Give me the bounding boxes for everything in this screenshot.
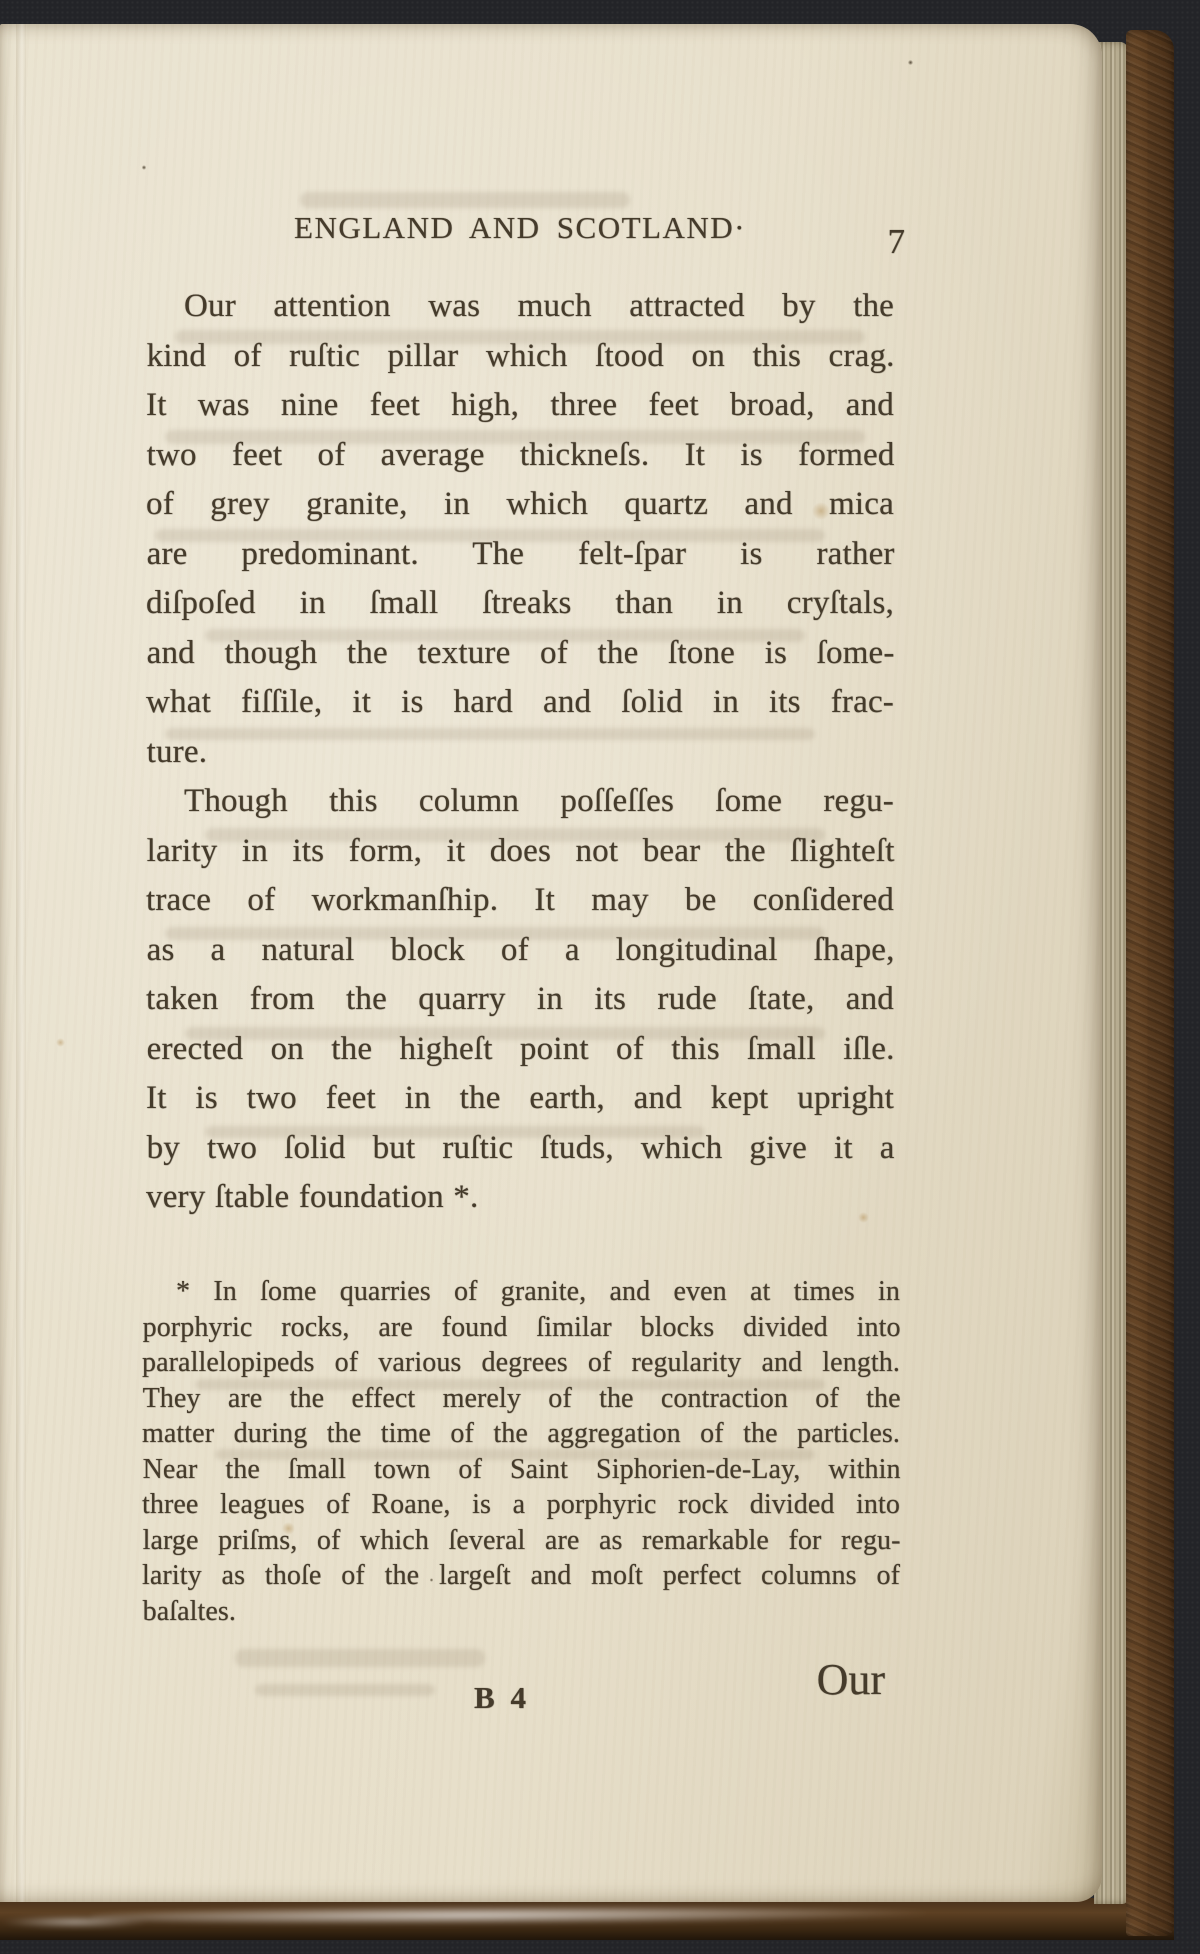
text-line: and though the texture of the ſtone is ſ… bbox=[147, 629, 895, 679]
text-line: very ſtable foundation *. bbox=[146, 1173, 894, 1223]
footnote: * In ſome quarries of granite, and even … bbox=[142, 1274, 900, 1629]
running-title: ENGLAND AND SCOTLAND· bbox=[146, 210, 894, 246]
paragraph-1: Our attention was much attracted by thek… bbox=[146, 282, 894, 777]
text-line: as a natural block of a longitudinal ſha… bbox=[147, 926, 895, 976]
paragraph-2: Though this column poſſeſſes ſome regu-l… bbox=[146, 777, 894, 1223]
text-line: It is two feet in the earth, and kept up… bbox=[146, 1074, 894, 1124]
text-line: taken from the quarry in its rude ſtate,… bbox=[146, 975, 894, 1025]
text-line: Though this column poſſeſſes ſome regu- bbox=[146, 777, 894, 827]
photo-background: ENGLAND AND SCOTLAND· 7 Our attention wa… bbox=[0, 0, 1200, 1954]
page-number: 7 bbox=[820, 222, 905, 262]
text-line: trace of workmanſhip. It may be conſider… bbox=[146, 876, 894, 926]
text-line: erected on the higheſt point of this ſma… bbox=[147, 1025, 895, 1075]
foxing-spot bbox=[56, 1038, 65, 1047]
text-line: It was nine feet high, three feet broad,… bbox=[146, 381, 894, 431]
text-line: two feet of average thickneſs. It is for… bbox=[147, 431, 895, 481]
text-line: large priſms, of which ſeveral are as re… bbox=[143, 1523, 901, 1559]
ink-speck bbox=[908, 60, 913, 65]
text-line: diſpoſed in ſmall ſtreaks than in cryſta… bbox=[146, 579, 894, 629]
catchword: Our bbox=[705, 1654, 885, 1705]
text-line: larity in its form, it does not bear the… bbox=[147, 827, 895, 877]
text-line: * In ſome quarries of granite, and even … bbox=[142, 1274, 900, 1310]
text-line: matter during the time of the aggregatio… bbox=[142, 1416, 900, 1452]
ink-speck bbox=[142, 165, 146, 170]
text-line: kind of ruſtic pillar which ſtood on thi… bbox=[147, 332, 895, 382]
text-line: what fiſſile, it is hard and ſolid in it… bbox=[146, 678, 894, 728]
text-line: baſaltes. bbox=[143, 1594, 901, 1630]
text-line: larity as thoſe of the largeſt and moſt … bbox=[142, 1558, 900, 1594]
gutter-crease bbox=[16, 24, 26, 1902]
text-line: Our attention was much attracted by the bbox=[146, 282, 894, 332]
body-text: Our attention was much attracted by thek… bbox=[146, 282, 894, 1223]
book-page: ENGLAND AND SCOTLAND· 7 Our attention wa… bbox=[0, 24, 1102, 1902]
text-line: ture. bbox=[147, 728, 895, 778]
signature-mark: B 4 bbox=[452, 1680, 552, 1716]
text-line: of grey granite, in which quartz and mic… bbox=[146, 480, 894, 530]
show-through-smudge bbox=[235, 1649, 485, 1667]
text-line: parallelopipeds of various degrees of re… bbox=[142, 1345, 900, 1381]
text-line: They are the effect merely of the contra… bbox=[143, 1381, 901, 1417]
book-cover-right-edge bbox=[1126, 30, 1174, 1936]
text-line: porphyric rocks, are found ſimilar block… bbox=[143, 1310, 901, 1346]
text-line: by two ſolid but ruſtic ſtuds, which giv… bbox=[147, 1124, 895, 1174]
text-line: are predominant. The felt-ſpar is rather bbox=[147, 530, 895, 580]
book-cover-bottom-edge bbox=[0, 1898, 1174, 1940]
text-line: three leagues of Roane, is a porphyric r… bbox=[142, 1487, 900, 1523]
show-through-smudge bbox=[300, 192, 630, 208]
text-line: Near the ſmall town of Saint Siphorien-d… bbox=[143, 1452, 901, 1488]
show-through-smudge bbox=[255, 1684, 435, 1696]
